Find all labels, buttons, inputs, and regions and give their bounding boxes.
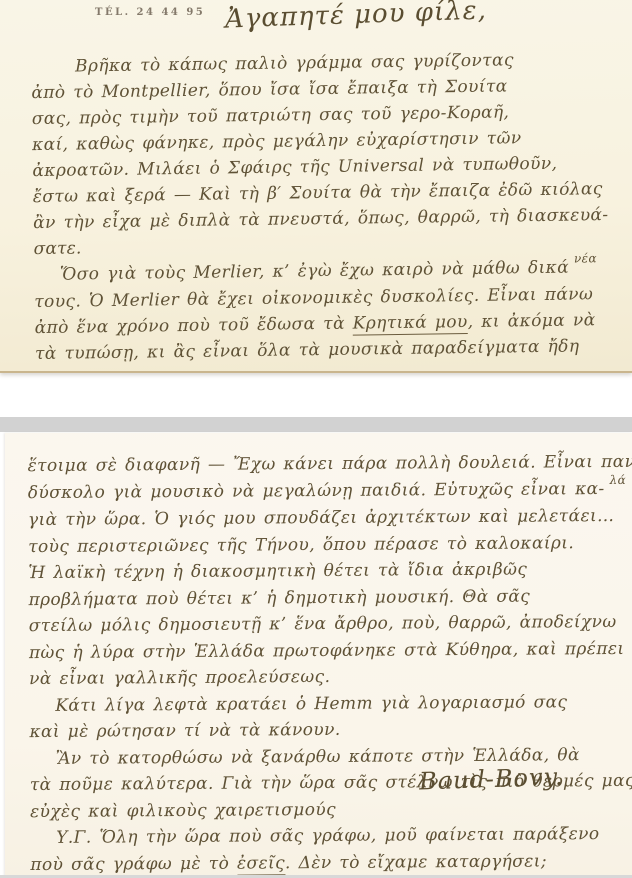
line-text: , κι ἀκόμα νὰ xyxy=(468,310,596,332)
signature: Baud-Bovy. xyxy=(419,762,564,795)
postscript-line: ποὺ σᾶς γράφω μὲ τὸ ἐσεῖς. Δὲν τὸ εἴχαμε… xyxy=(30,847,622,878)
line-text: ποὺ σᾶς γράφω μὲ τὸ xyxy=(30,853,237,874)
handwritten-line: εὐχὲς καὶ φιλικοὺς χαιρετισμούς xyxy=(30,794,622,825)
postscript-line: Υ.Γ. Ὅλη τὴν ὥρα ποὺ σᾶς γράφω, μοῦ φαίν… xyxy=(30,821,622,852)
underlined-phrase: ἐσεῖς xyxy=(237,853,285,875)
letter-page-2: ἕτοιμα σὲ διαφανῆ — Ἔχω κάνει πάρα πολλὴ… xyxy=(5,433,632,878)
handwritten-body-page-1: Βρῆκα τὸ κάπως παλιὸ γράμμα σας γυρίζοντ… xyxy=(31,46,619,367)
handwritten-line: νὰ εἶναι γαλλικῆς προελεύσεως. xyxy=(29,662,621,693)
handwritten-line: Ἡ λαϊκὴ τέχνη ἡ διακοσμητικὴ θέτει τὰ ἴδ… xyxy=(28,556,620,587)
letter-page-1: TÉL. 24 44 95 Ἀγαπητέ μου φίλε, Βρῆκα τὸ… xyxy=(0,0,632,373)
inserted-word: νέα xyxy=(574,251,597,265)
handwritten-line: ἕτοιμα σὲ διαφανῆ — Ἔχω κάνει πάρα πολλὴ… xyxy=(28,449,620,480)
underlined-phrase: Κρητικά μου xyxy=(353,312,468,336)
line-text: Ὅσο γιὰ τοὺς Merlier, κ’ ἐγὼ ἔχω καιρὸ ν… xyxy=(60,258,569,285)
handwritten-line: τοὺς περιστεριῶνες τῆς Τήνου, ὅπου πέρασ… xyxy=(28,529,620,560)
handwritten-line: καὶ μὲ ρώτησαν τί νὰ τὰ κάνουν. xyxy=(29,715,621,746)
line-text: δύσκολο γιὰ μουσικὸ νὰ μεγαλώνῃ παιδιά. … xyxy=(28,479,605,503)
handwritten-body-page-2: ἕτοιμα σὲ διαφανῆ — Ἔχω κάνει πάρα πολλὴ… xyxy=(28,449,623,878)
letter-scan: TÉL. 24 44 95 Ἀγαπητέ μου φίλε, Βρῆκα τὸ… xyxy=(0,0,632,878)
line-text: . Δὲν τὸ εἴχαμε καταργήσει; xyxy=(285,851,547,873)
handwritten-line: δύσκολο γιὰ μουσικὸ νὰ μεγαλώνῃ παιδιά. … xyxy=(28,475,620,507)
line-text: ἀπὸ ἕνα χρόνο ποὺ τοῦ ἔδωσα τὰ xyxy=(35,314,353,338)
handwritten-line: προβλήματα ποὺ θέτει κ’ ἡ δημοτικὴ μουσι… xyxy=(28,582,620,613)
handwritten-line: στείλω μόλις δημοσιευτῇ κ’ ἕνα ἄρθρο, πο… xyxy=(29,609,621,640)
scan-divider-band xyxy=(0,417,632,432)
printed-telephone-number: TÉL. 24 44 95 xyxy=(95,7,205,18)
handwritten-line: πὼς ἡ λύρα στὴν Ἑλλάδα πρωτοφάνηκε στὰ Κ… xyxy=(29,635,621,666)
inserted-word: λά xyxy=(610,472,627,486)
handwritten-line: γιὰ τὴν ὥρα. Ὁ γιός μου σπουδάζει ἀρχιτέ… xyxy=(28,503,620,534)
salutation-line: Ἀγαπητέ μου φίλε, xyxy=(225,0,488,35)
handwritten-line: Κάτι λίγα λεφτὰ κρατάει ὁ Hemm γιὰ λογαρ… xyxy=(29,688,621,719)
